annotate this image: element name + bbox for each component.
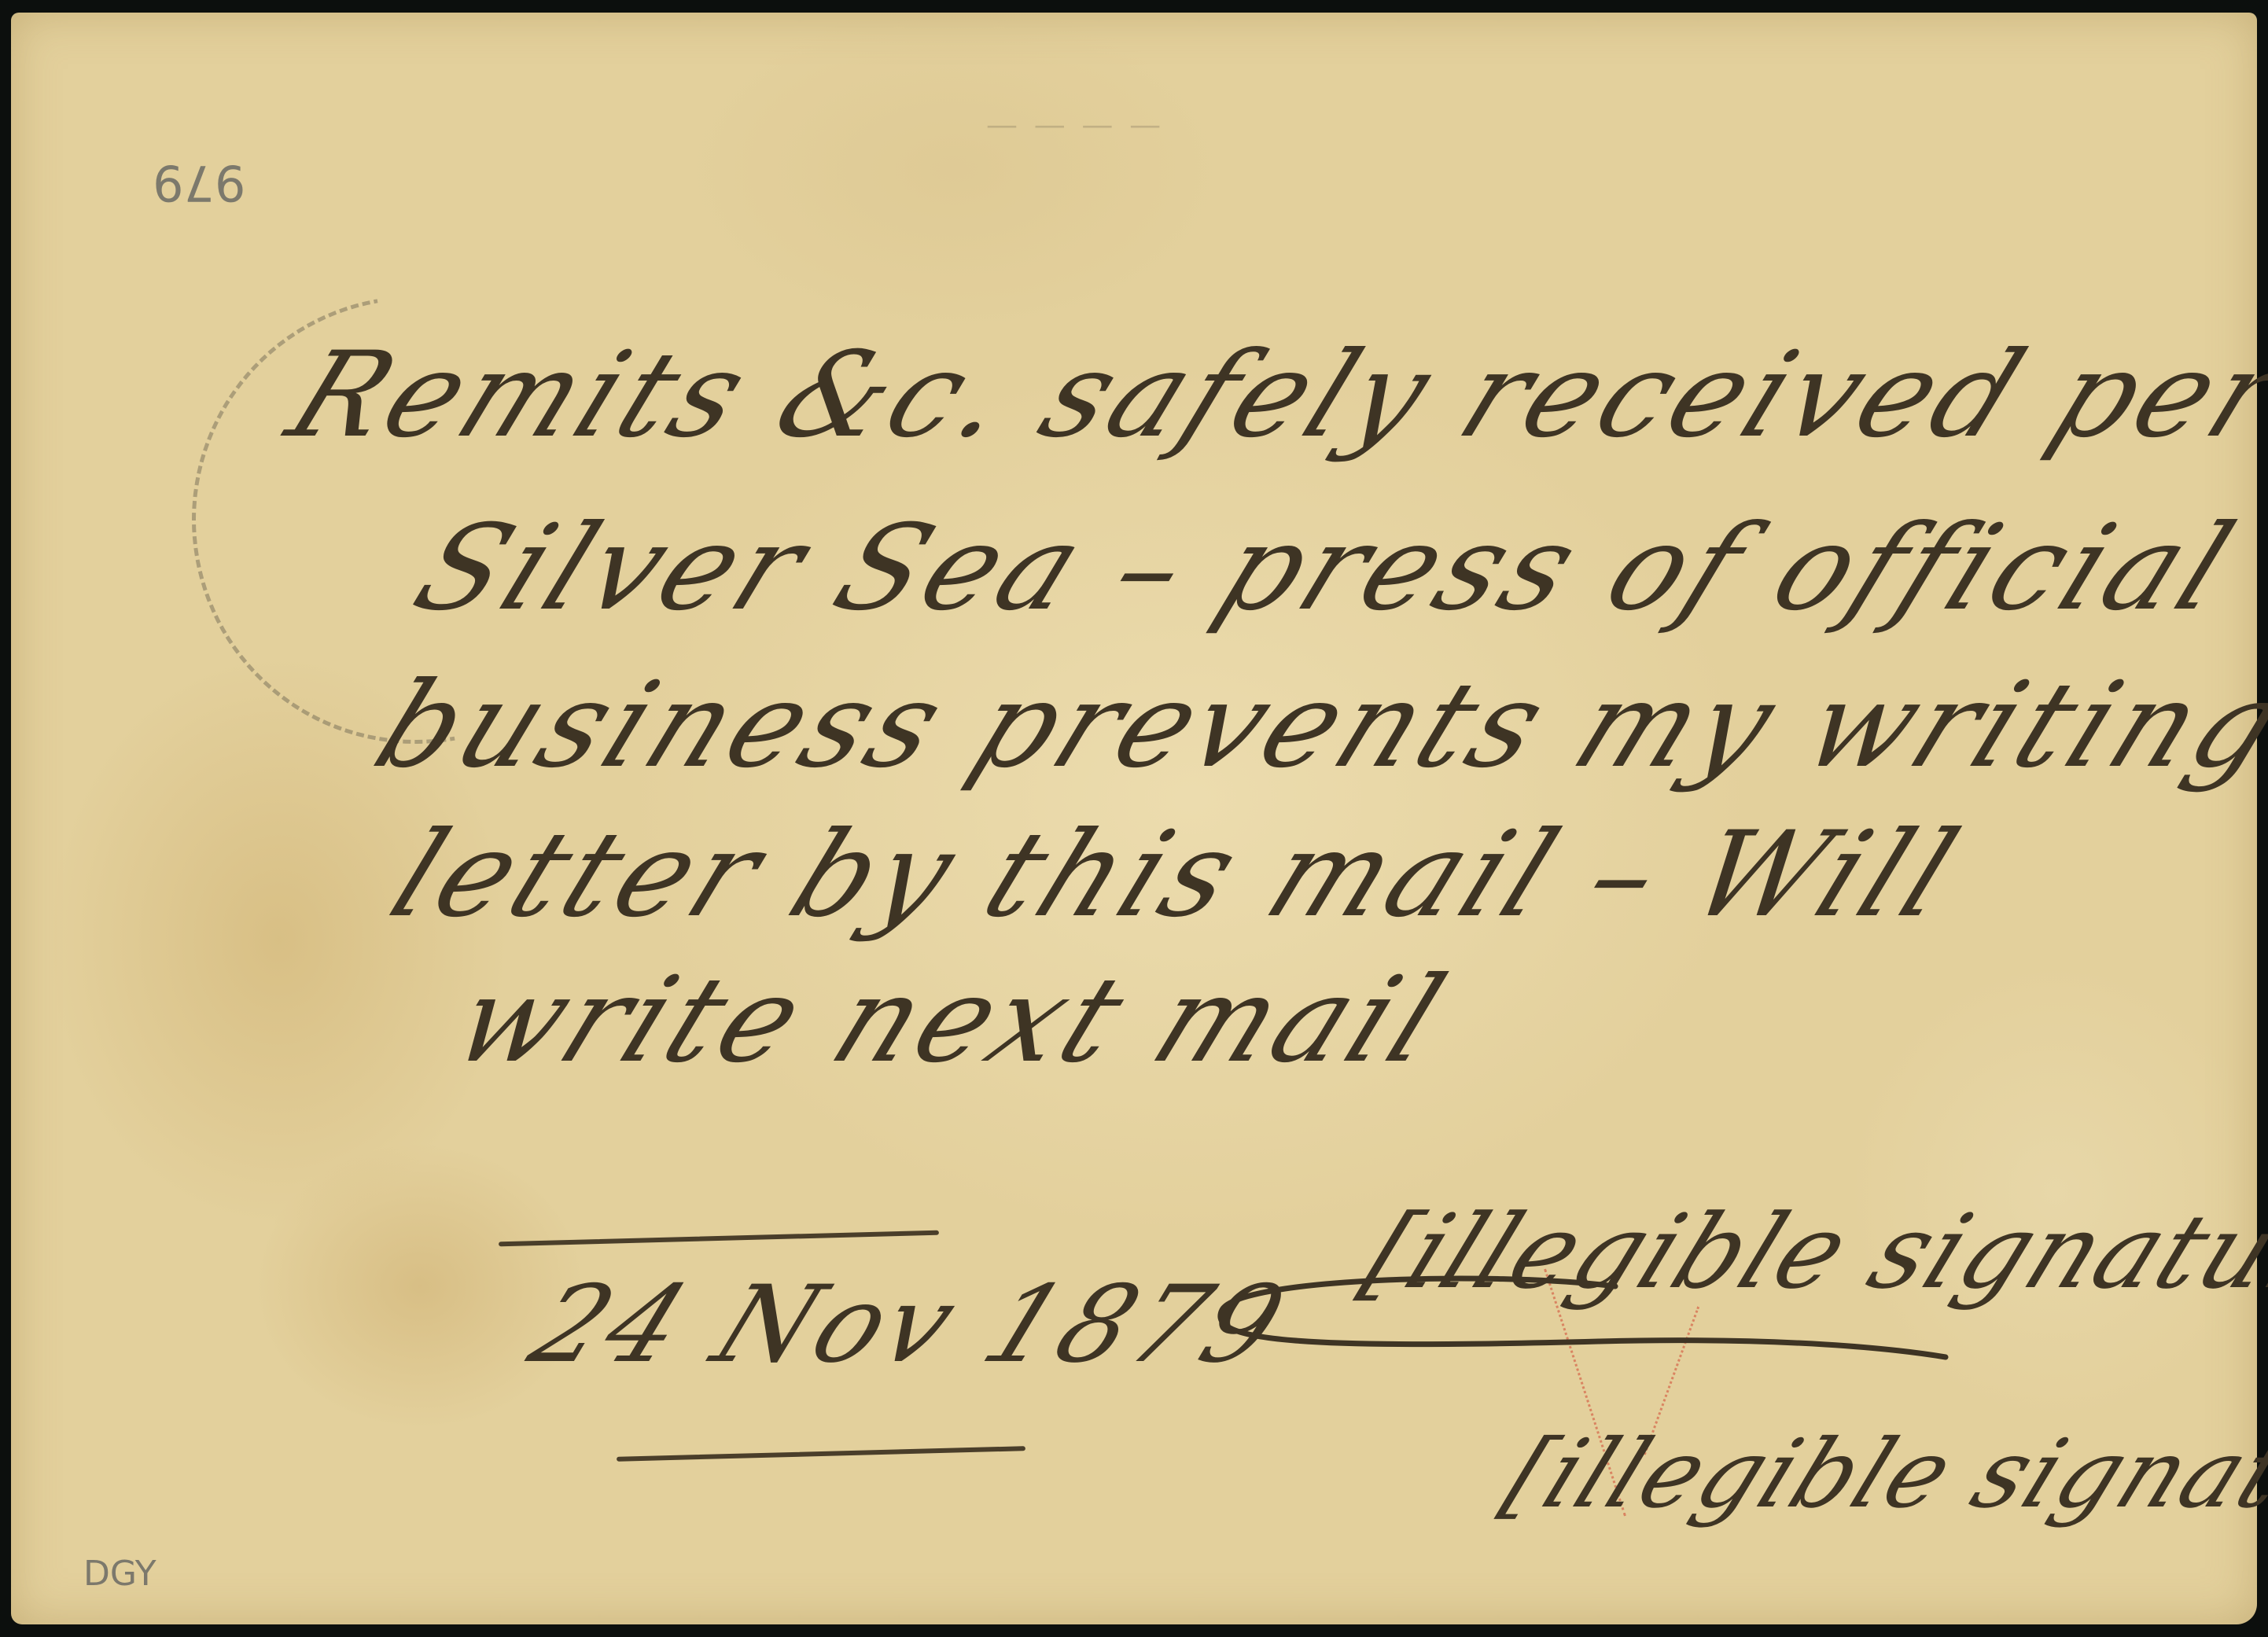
- date-rule-top: [499, 1231, 939, 1247]
- signature-flourish: [1191, 1255, 1977, 1381]
- message-line-2: Silver Sea – press of official: [396, 500, 2255, 637]
- date-rule-bottom: [617, 1446, 1025, 1462]
- faint-printed-text: — — — —: [986, 107, 1164, 143]
- pencil-note-bottom-left: DGY: [83, 1554, 156, 1594]
- postcard: — — — — 979 DGY Remits &c. safely receiv…: [11, 13, 2257, 1624]
- scanned-postcard: — — — — 979 DGY Remits &c. safely receiv…: [0, 0, 2268, 1637]
- message-line-1: Remits &c. safely received per: [271, 327, 2268, 464]
- pencil-number-top-left: 979: [153, 154, 245, 212]
- message-line-4: letter by this mail – Will: [373, 807, 1979, 944]
- message-line-5: write next mail: [436, 952, 1467, 1089]
- date: 24 Nov 1879: [514, 1263, 1305, 1386]
- message-line-3: business prevents my writing a: [357, 657, 2268, 794]
- signature-secondary: [illegible signature]: [1489, 1420, 2268, 1529]
